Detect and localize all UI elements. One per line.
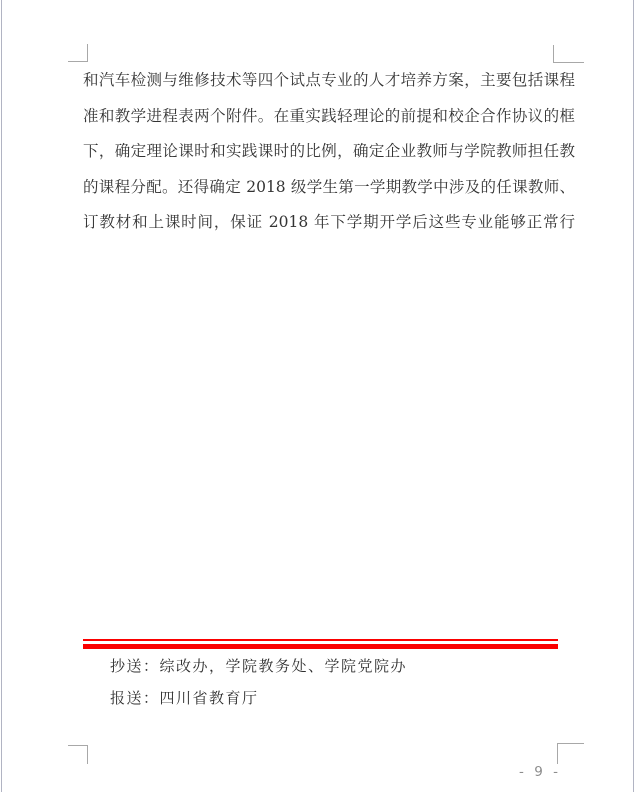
body-text-line[interactable]: 下，确定理论课时和实践课时的比例，确定企业教师与学院教师担任教学 bbox=[83, 134, 575, 170]
margin-crop-mark-top-left bbox=[68, 44, 88, 62]
margin-crop-mark-bottom-right bbox=[557, 743, 584, 764]
report-line[interactable]: 报送：四川省教育厅 bbox=[110, 687, 580, 708]
document-page: 和汽车检测与维修技术等四个试点专业的人才培养方案，主要包括课程标 准和教学进程表… bbox=[0, 0, 637, 803]
page-edge-left bbox=[1, 0, 2, 792]
body-text-line[interactable]: 的课程分配。还得确定 2018 级学生第一学期教学中涉及的任课教师、征 bbox=[83, 170, 575, 206]
footer-separator-double-rule bbox=[83, 639, 558, 649]
separator-thick-line bbox=[83, 644, 558, 649]
page-edge-right bbox=[633, 0, 634, 792]
page-number: - 9 - bbox=[505, 764, 575, 780]
cc-line[interactable]: 抄送：综改办，学院教务处、学院党院办 bbox=[110, 655, 580, 676]
body-text-line[interactable]: 订教材和上课时间，保证 2018 年下学期开学后这些专业能够正常行课。 bbox=[83, 205, 575, 241]
margin-crop-mark-bottom-left bbox=[68, 745, 88, 764]
margin-crop-mark-top-right bbox=[553, 45, 584, 63]
body-text-line[interactable]: 和汽车检测与维修技术等四个试点专业的人才培养方案，主要包括课程标 bbox=[83, 63, 575, 99]
body-text-line[interactable]: 准和教学进程表两个附件。在重实践轻理论的前提和校企合作协议的框架 bbox=[83, 99, 575, 135]
separator-thin-line bbox=[83, 639, 558, 641]
body-paragraph[interactable]: 和汽车检测与维修技术等四个试点专业的人才培养方案，主要包括课程标 准和教学进程表… bbox=[83, 63, 575, 241]
